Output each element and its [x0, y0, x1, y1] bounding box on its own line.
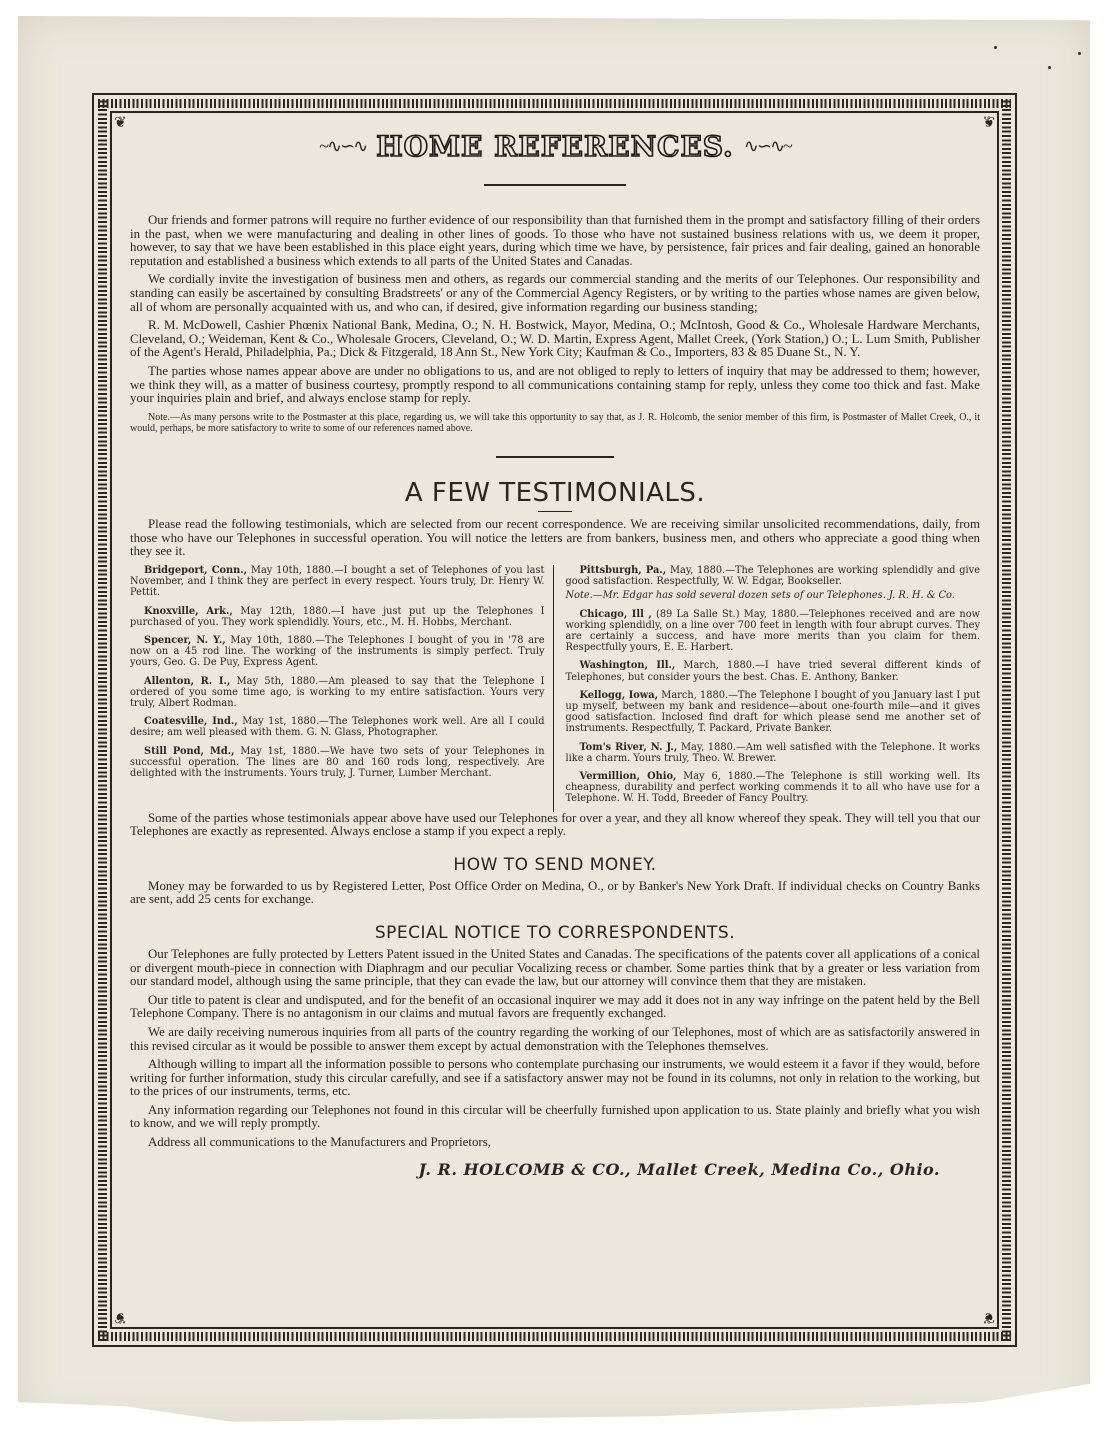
corner-ornament-icon: ❦ [114, 1309, 130, 1325]
paragraph: Our Telephones are fully protected by Le… [130, 948, 980, 989]
send-money-title: HOW TO SEND MONEY. [130, 855, 980, 875]
special-notice-title: SPECIAL NOTICE TO CORRESPONDENTS. [130, 923, 980, 943]
divider-rule [538, 511, 572, 512]
testimonial-place: Bridgeport, Conn., [144, 565, 247, 576]
testimonials-columns: Bridgeport, Conn., May 10th, 1880.—I bou… [130, 565, 980, 812]
testimonial-place: Chicago, Ill , [580, 609, 652, 620]
company-signature: J. R. HOLCOMB & CO., Mallet Creek, Medin… [130, 1160, 980, 1179]
testimonial: Pittsburgh, Pa., May, 1880.—The Telephon… [566, 565, 981, 587]
ink-speck [1048, 66, 1051, 69]
testimonial: Knoxville, Ark., May 12th, 1880.—I have … [130, 606, 545, 628]
document-body: ~∿∽∿ HOME REFERENCES. ∿∽∿~ Our friends a… [130, 130, 980, 1179]
paragraph: The parties whose names appear above are… [130, 365, 980, 406]
testimonial-place: Tom's River, N. J., [580, 742, 678, 753]
testimonial-place: Vermillion, Ohio, [580, 771, 677, 782]
testimonial: Bridgeport, Conn., May 10th, 1880.—I bou… [130, 565, 545, 599]
swash-ornament-icon: ~∿∽∿ [319, 136, 366, 156]
ink-speck [994, 46, 997, 49]
testimonial: Tom's River, N. J., May, 1880.—Am well s… [566, 742, 981, 764]
paragraph: Although willing to impart all the infor… [130, 1058, 980, 1099]
paragraph: We are daily receiving numerous inquirie… [130, 1026, 980, 1053]
testimonials-left-column: Bridgeport, Conn., May 10th, 1880.—I bou… [130, 565, 554, 812]
paragraph: We cordially invite the investigation of… [130, 273, 980, 314]
paragraph: Our title to patent is clear and undispu… [130, 994, 980, 1021]
swash-ornament-icon: ∿∽∿~ [744, 136, 791, 156]
testimonial-place: Washington, Ill., [580, 660, 676, 671]
home-references-section: Our friends and former patrons will requ… [130, 214, 980, 434]
testimonial-text: Note.—Mr. Edgar has sold several dozen s… [566, 590, 955, 601]
testimonial-place: Still Pond, Md., [144, 746, 235, 757]
testimonial: Allenton, R. I., May 5th, 1880.—Am pleas… [130, 676, 545, 710]
border-hatch-right [1002, 99, 1011, 1341]
special-notice-section: Our Telephones are fully protected by Le… [130, 948, 980, 1150]
home-references-title: HOME REFERENCES. [370, 130, 740, 163]
testimonials-title: A FEW TESTIMONIALS. [130, 478, 980, 508]
testimonial: Still Pond, Md., May 1st, 1880.—We have … [130, 746, 545, 780]
testimonial-place: Spencer, N. Y., [144, 635, 226, 646]
divider-rule [496, 456, 614, 458]
border-hatch-left [98, 99, 107, 1341]
paragraph: Any information regarding our Telephones… [130, 1104, 980, 1131]
divider-rule [484, 184, 626, 186]
testimonial: Spencer, N. Y., May 10th, 1880.—The Tele… [130, 635, 545, 669]
ink-speck [1078, 52, 1081, 55]
corner-ornament-icon: ❦ [114, 115, 130, 131]
testimonial: Washington, Ill., March, 1880.—I have tr… [566, 660, 981, 682]
testimonial: Vermillion, Ohio, May 6, 1880.—The Telep… [566, 771, 981, 805]
testimonials-right-column: Pittsburgh, Pa., May, 1880.—The Telephon… [554, 565, 981, 812]
border-hatch-bottom [98, 1332, 1011, 1341]
testimonials-intro: Please read the following testimonials, … [130, 518, 980, 559]
references-list: R. M. McDowell, Cashier Phœnix National … [130, 319, 980, 360]
testimonial: Coatesville, Ind., May 1st, 1880.—The Te… [130, 716, 545, 738]
corner-ornament-icon: ❦ [979, 115, 995, 131]
testimonial: Chicago, Ill , (89 La Salle St.) May, 18… [566, 609, 981, 654]
testimonial-place: Knoxville, Ark., [144, 606, 233, 617]
postmaster-note: Note.—As many persons write to the Postm… [130, 412, 980, 434]
testimonials-closing: Some of the parties whose testimonials a… [130, 812, 980, 839]
testimonial-place: Pittsburgh, Pa., [580, 565, 667, 576]
testimonial-note: Note.—Mr. Edgar has sold several dozen s… [566, 590, 981, 601]
testimonial-place: Coatesville, Ind., [144, 716, 238, 727]
testimonial-place: Allenton, R. I., [144, 676, 230, 687]
address-line: Address all communications to the Manufa… [130, 1136, 980, 1150]
testimonial-place: Kellogg, Iowa, [580, 690, 659, 701]
border-hatch-top [98, 99, 1011, 108]
home-references-heading: ~∿∽∿ HOME REFERENCES. ∿∽∿~ [130, 130, 980, 174]
send-money-text: Money may be forwarded to us by Register… [130, 880, 980, 907]
corner-ornament-icon: ❦ [979, 1309, 995, 1325]
testimonial: Kellogg, Iowa, March, 1880.—The Telephon… [566, 690, 981, 735]
paragraph: Our friends and former patrons will requ… [130, 214, 980, 268]
